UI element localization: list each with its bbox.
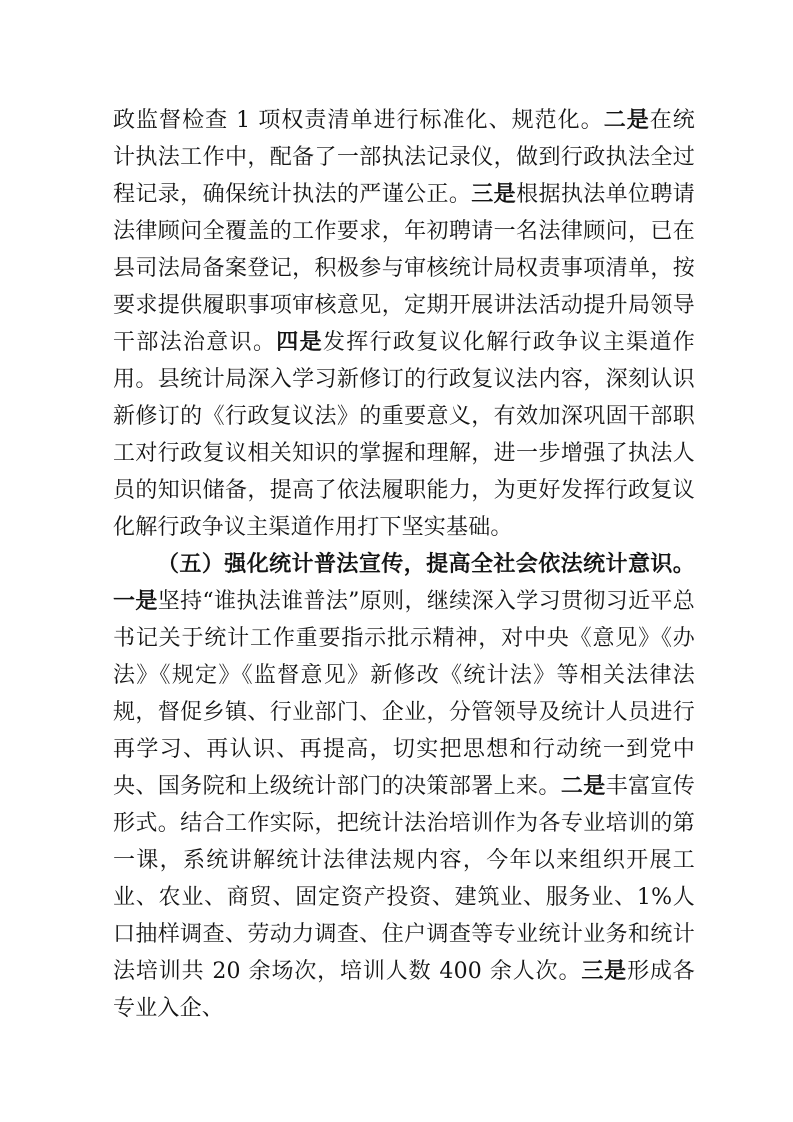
bold-text-run: 二是 — [561, 773, 606, 799]
bold-text-run: 一是 — [113, 588, 158, 614]
text-run: 坚持“谁执法谁普法”原则，继续深入学习贯彻习近平总书记关于统计工作重要指示批示精… — [113, 589, 695, 799]
document-body: 政监督检查 1 项权责清单进行标准化、规范化。二是在统计执法工作中，配备了一部执… — [113, 102, 695, 1027]
bold-text-run: 四是 — [276, 329, 323, 355]
text-run: 发挥行政复议化解行政争议主渠道作用。县统计局深入学习新修订的行政复议法内容，深刻… — [113, 330, 695, 540]
text-run: 政监督检查 1 项权责清单进行标准化、规范化。 — [113, 108, 604, 133]
text-run: 丰富宣传形式。结合工作实际，把统计法治培训作为各专业培训的第一课，系统讲解统计法… — [113, 774, 695, 984]
bold-text-run: 二是 — [604, 107, 650, 133]
paragraph-legal-work-continuation: 政监督检查 1 项权责清单进行标准化、规范化。二是在统计执法工作中，配备了一部执… — [113, 102, 695, 546]
bold-text-run: 三是 — [471, 181, 516, 207]
paragraph-section-five-publicity: （五）强化统计普法宣传，提高全社会依法统计意识。一是坚持“谁执法谁普法”原则，继… — [113, 546, 695, 1027]
bold-text-run: （五）强化统计普法宣传，提高全社会依法统计意识。 — [157, 551, 695, 577]
document-page: 政监督检查 1 项权责清单进行标准化、规范化。二是在统计执法工作中，配备了一部执… — [0, 0, 793, 1122]
bold-text-run: 三是 — [581, 958, 627, 984]
